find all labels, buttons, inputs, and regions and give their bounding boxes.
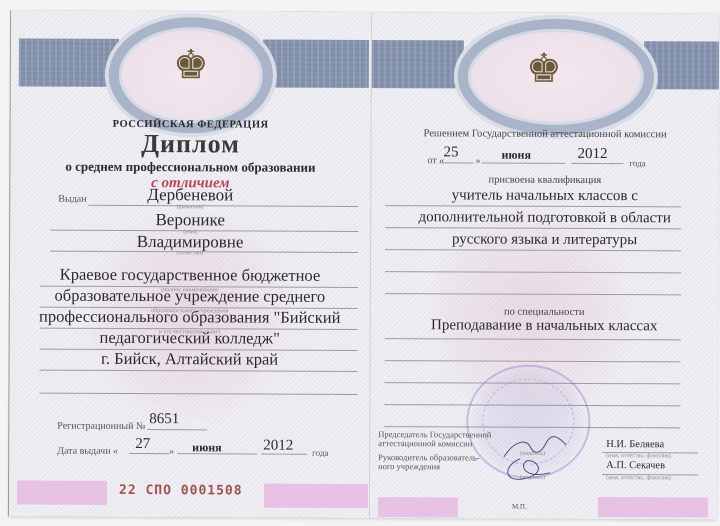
- year-suffix: года: [312, 448, 328, 458]
- security-band-left: [19, 38, 119, 86]
- qualification-line: русского языка и литературы: [371, 228, 718, 252]
- year-suffix: года: [629, 158, 645, 168]
- diploma-left-page: ♚ РОССИЙСКАЯ ФЕДЕРАЦИЯ Диплом о среднем …: [9, 10, 372, 518]
- decision-year: 2012: [577, 146, 607, 163]
- institution-line: Краевое государственное бюджетное: [10, 263, 370, 286]
- issue-year-line: [261, 454, 307, 455]
- name-hint: (имя, отчество, фамилия): [606, 453, 671, 459]
- chair-name: Н.И. Беляева: [606, 439, 664, 450]
- director-label: Руководитель образователь- ного учрежден…: [378, 453, 480, 471]
- diploma-spread: ♚ РОССИЙСКАЯ ФЕДЕРАЦИЯ Диплом о среднем …: [9, 10, 719, 519]
- decision-month: июня: [501, 148, 531, 163]
- chair-label: Председатель Государственной аттестацион…: [378, 430, 491, 448]
- diploma-title: Диплом: [10, 128, 370, 160]
- issue-day-line: [129, 453, 169, 454]
- decision-year-line: [571, 163, 623, 164]
- pink-security-bar: [598, 497, 708, 517]
- registration-line: [147, 429, 207, 430]
- quote-close: »: [169, 446, 174, 457]
- decision-month-line: [481, 163, 565, 164]
- seal-label: М.П.: [512, 503, 527, 511]
- security-band-right: [263, 40, 369, 88]
- director-name: А.П. Секачев: [606, 460, 665, 471]
- qualification-line: учитель начальных классов с: [371, 184, 718, 208]
- issue-month-line: [177, 453, 257, 454]
- commission-decision: Решением Государственной аттестационной …: [372, 128, 719, 141]
- director-signature: [500, 453, 570, 489]
- qualification-line: дополнительной подготовкой в области: [371, 206, 718, 230]
- diploma-right-page: ♚ Решением Государственной аттестационно…: [370, 12, 719, 520]
- specialty-value: Преподавание в начальных классах: [371, 317, 718, 336]
- institution-block: Краевое государственное бюджетное образо…: [10, 263, 370, 370]
- pink-security-bar: [17, 480, 107, 504]
- issue-year: 2012: [263, 438, 293, 455]
- pink-security-bar: [264, 484, 368, 508]
- institution-line: г. Бийск, Алтайский край: [10, 347, 370, 370]
- signature-hint: (подпись): [520, 451, 545, 457]
- registration-number: 8651: [149, 411, 179, 428]
- security-band-left: [372, 40, 464, 88]
- security-band-right: [644, 41, 719, 89]
- date-prefix: от «: [427, 155, 444, 166]
- qualification-block: учитель начальных классов с дополнительн…: [371, 184, 718, 252]
- issue-day: 27: [135, 436, 150, 453]
- serial-number: 22 СПО 0001508: [119, 483, 243, 499]
- director-label-line: ного учреждения: [378, 462, 480, 471]
- name-hint: (имя, отчество, фамилия): [606, 475, 671, 481]
- patronymic-hint: (отчество): [10, 249, 370, 257]
- coat-of-arms-icon: ♚: [171, 39, 211, 91]
- coat-of-arms-icon: ♚: [524, 43, 564, 95]
- chair-label-line: аттестационной комиссии: [378, 439, 491, 448]
- diploma-subtitle: о среднем профессиональном образовании: [10, 158, 370, 176]
- decision-day: 25: [443, 144, 458, 161]
- registration-label: Регистрационный №: [57, 421, 145, 432]
- pink-security-bar: [378, 497, 458, 517]
- quote-close: »: [475, 155, 480, 166]
- signature-hint: (подпись): [520, 475, 545, 481]
- issue-date-label: Дата выдачи «: [57, 446, 118, 457]
- decision-day-line: [439, 162, 473, 163]
